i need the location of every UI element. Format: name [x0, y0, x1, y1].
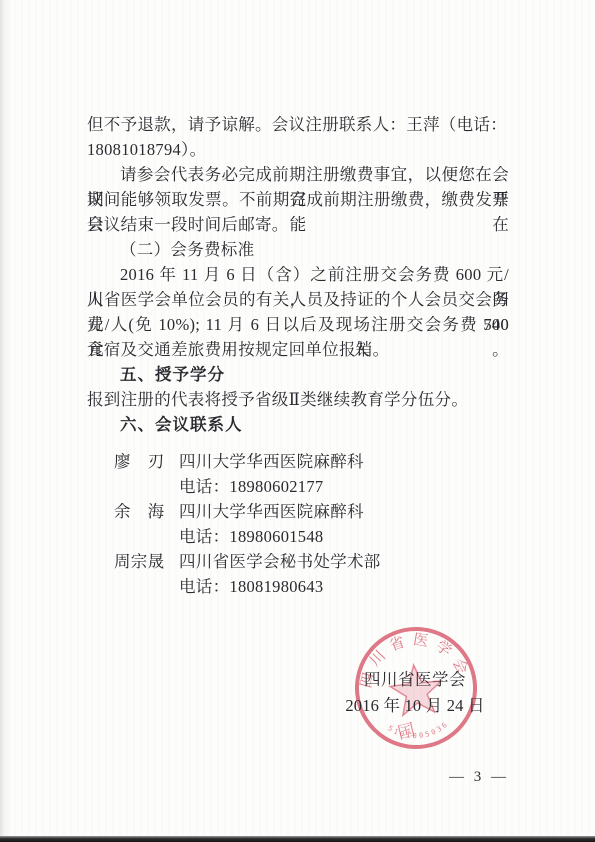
contact-name: 周宗晟 [114, 549, 179, 574]
contact-entry: 周宗晟四川省医学会秘书处学术部 电话：18081980643 [87, 549, 509, 599]
signature-block: 四川省医学会 2016 年 10 月 24 日 [335, 667, 495, 719]
contact-phone: 电话：18980601548 [87, 524, 509, 549]
text-line: 川省医学会单位会员的有关人员及持证的个人会员交会务费 540 [87, 287, 509, 312]
scan-edge-shadow [0, 836, 595, 842]
text-line: 报到注册的代表将授予省级Ⅱ类继续教育学分伍分。 [87, 387, 509, 412]
seal-emblem: 国 [396, 720, 417, 743]
text-line: 请参会代表务必完成前期注册缴费事宜，以便您在会议召开 [87, 162, 509, 187]
contact-org: 四川大学华西医院麻醉科 [179, 452, 364, 471]
contact-entry: 余 海四川大学华西医院麻醉科 电话：18980601548 [87, 499, 509, 549]
contact-name-org: 余 海四川大学华西医院麻醉科 [87, 499, 509, 524]
issue-date: 2016 年 10 月 24 日 [335, 693, 495, 719]
text-line: 但不予退款，请予谅解。会议注册联系人：王萍（电话： [87, 112, 509, 137]
contact-name-org: 周宗晟四川省医学会秘书处学术部 [87, 549, 509, 574]
page-number: — 3 — [449, 769, 509, 786]
text-line: 2016 年 11 月 6 日（含）之前注册交会务费 600 元/人，四 [87, 262, 509, 287]
contact-name: 余 海 [114, 499, 179, 524]
contact-name-org: 廖 刃四川大学华西医院麻醉科 [87, 449, 509, 474]
contact-name: 廖 刃 [114, 449, 179, 474]
phone-label: 电话： [179, 527, 229, 546]
section-heading-credits: 五、授予学分 [87, 362, 509, 387]
phone-number: 18980602177 [229, 477, 323, 496]
contact-phone: 电话：18980602177 [87, 474, 509, 499]
contact-phone: 电话：18081980643 [87, 574, 509, 599]
scanned-document-page: 但不予退款，请予谅解。会议注册联系人：王萍（电话： 18081018794）。 … [0, 0, 595, 842]
text-line: 元/人(免 10%); 11 月 6 日以后及现场注册交会务费 700 元/人。 [87, 312, 509, 337]
contact-org: 四川大学华西医院麻醉科 [179, 502, 364, 521]
text-line: 期间能够领取发票。不前期完成前期注册缴费，缴费发票只能在 [87, 187, 509, 212]
contact-list: 廖 刃四川大学华西医院麻醉科 电话：18980602177 余 海四川大学华西医… [87, 449, 509, 599]
section-heading-fee: （二）会务费标准 [87, 237, 509, 262]
text-line: 18081018794）。 [87, 137, 509, 162]
phone-label: 电话： [179, 477, 229, 496]
contact-org: 四川省医学会秘书处学术部 [179, 552, 381, 571]
document-body: 但不予退款，请予谅解。会议注册联系人：王萍（电话： 18081018794）。 … [87, 112, 509, 599]
contact-entry: 廖 刃四川大学华西医院麻醉科 电话：18980602177 [87, 449, 509, 499]
issuing-organization: 四川省医学会 [335, 667, 495, 693]
phone-number: 18081980643 [229, 577, 323, 596]
section-heading-contacts: 六、会议联系人 [87, 412, 509, 437]
phone-number: 18980601548 [229, 527, 323, 546]
phone-label: 电话： [179, 577, 229, 596]
